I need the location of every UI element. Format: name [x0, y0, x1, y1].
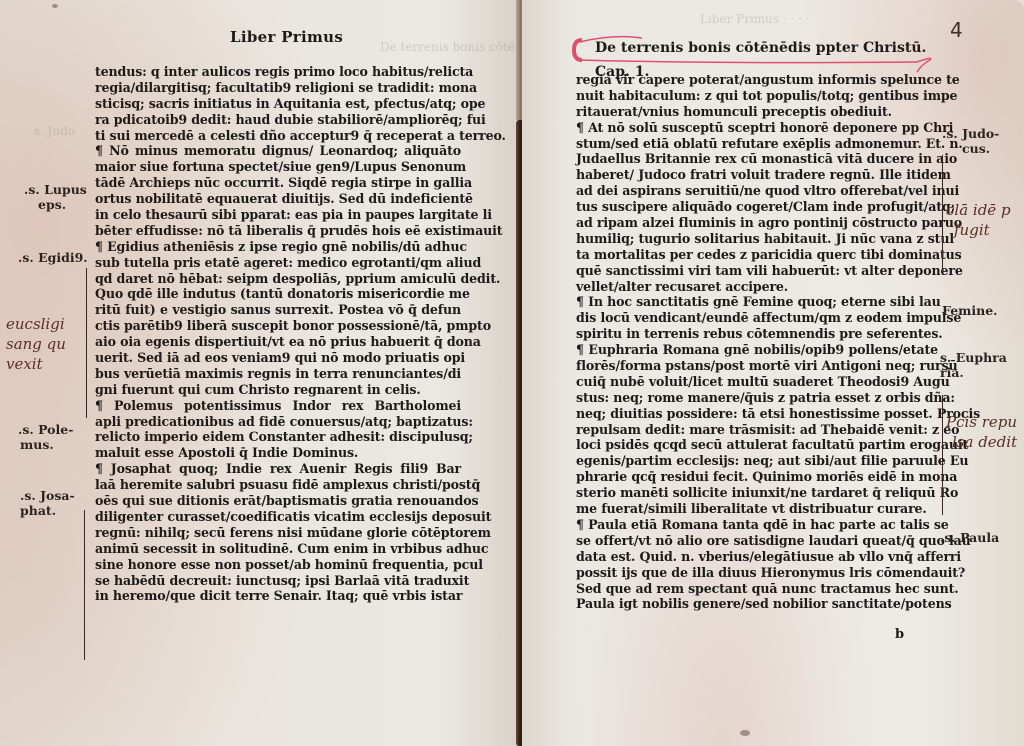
handwritten-note-euphraria: Pcis repu lsa dedit: [946, 412, 1017, 452]
manuscript-bracket-icon: [942, 395, 949, 515]
text-line: maluit esse Apostoli q̄ Indie Dominus.: [95, 445, 461, 461]
text-line: quē sanctissimi viri tam vili habuerūt: …: [576, 263, 938, 279]
text-line: se habēdū decreuit: iunctusq; ipsi Barla…: [95, 573, 461, 589]
text-line: Judaellus Britannie rex cū monasticā vit…: [576, 151, 938, 167]
text-line: oēs qui sue ditionis erāt/baptismatis gr…: [95, 493, 461, 509]
text-line: regnū: nihilq; secū ferens nisi mūdane g…: [95, 525, 461, 541]
text-line: vellet/alter recusaret accipere.: [576, 279, 938, 295]
show-through-note: .s. Judo: [30, 124, 75, 138]
margin-note-femine: Femine.: [942, 303, 998, 318]
margin-note-lupus: .s. Lupus eps.: [24, 182, 87, 212]
text-line: sterio manēti sollicite iniunxit/ne tard…: [576, 485, 938, 501]
text-line: florēs/forma pstans/post mortē viri Anti…: [576, 358, 938, 374]
text-line: stus: neq; rome manere/q̄uis z patria es…: [576, 390, 938, 406]
text-line: stum/sed etiā oblatū refutare exēplis ad…: [576, 136, 938, 152]
text-line: sub tutella pris etatē ageret: medico eg…: [95, 255, 461, 271]
text-line: ¶ In hoc sanctitatis gnē Femine quoq; et…: [576, 294, 938, 310]
text-line: ctis parētib9 liberā suscepit bonor poss…: [95, 318, 461, 334]
text-line: repulsam dedit: mare trāsmisit: ad Theba…: [576, 422, 938, 438]
running-head: Liber Primus: [230, 28, 343, 46]
text-line: gni fuerunt qui cum Christo regnarent in…: [95, 382, 461, 398]
text-line: tus suscipere aliquādo cogeret/Clam inde…: [576, 199, 938, 215]
text-line: ¶ Polemus potentissimus Indor rex Bartho…: [95, 398, 461, 414]
ink-spot: [740, 730, 750, 736]
text-line: me fuerat/simili liberalitate vt distrib…: [576, 501, 938, 517]
manuscript-bracket-icon: [84, 510, 91, 660]
text-line: spiritu in terrenis rebus cōtemnendis pr…: [576, 326, 938, 342]
text-line: tendus: q inter aulicos regis primo loco…: [95, 64, 461, 80]
ink-spot: [52, 4, 58, 8]
text-line: sine honore esse non posset/ab hominū fr…: [95, 557, 461, 573]
text-line: ¶ Egidius atheniēsis z ipse regio gnē no…: [95, 239, 461, 255]
text-line: Sed que ad rem spectant quā nunc tractam…: [576, 581, 938, 597]
text-line: Paula igt nobilis genere/sed nobilior sa…: [576, 596, 938, 612]
text-line: ti sui mercedē a celesti dño acceptur9 q…: [95, 128, 461, 144]
text-line: Quo qdē ille indutus (tantū donatoris mi…: [95, 286, 461, 302]
text-line: ritauerat/vnius homunculi preceptis obed…: [576, 104, 938, 120]
text-line: egenis/partim ecclesijs: neq; aut sibi/a…: [576, 453, 938, 469]
text-line: ortus nobilitatē equauerat diuitijs. Sed…: [95, 191, 461, 207]
text-line: phrarie qcq̄ residui fecit. Quinimo mori…: [576, 469, 938, 485]
signature-mark: b: [895, 627, 904, 642]
text-line: dis locū vendicant/eundē affectum/qm z e…: [576, 310, 938, 326]
text-line: humiliq; tugurio solitarius habitauit. J…: [576, 231, 938, 247]
text-line: nuit habitaculum: z qui tot populis/totq…: [576, 88, 938, 104]
margin-note-judocus: .s. Judo- cus.: [942, 126, 999, 156]
text-line: bēter effudisse: nō tā liberalis q̄ prud…: [95, 223, 461, 239]
margin-note-polemus: .s. Pole- mus.: [18, 422, 73, 452]
text-line: data est. Quid. n. vberius/elegātiusue a…: [576, 549, 938, 565]
text-line: possit ijs que de illa diuus Hieronymus …: [576, 565, 938, 581]
text-line: ritū fuit) e vestigio sanus surrexit. Po…: [95, 302, 461, 318]
text-line: aio oia egenis dispertiuit/vt ea nō priu…: [95, 334, 461, 350]
text-line: ¶ Josaphat quoq; Indie rex Auenir Regis …: [95, 461, 461, 477]
margin-note-josaphat: .s. Josa- phat.: [20, 488, 75, 518]
text-line: bus verūetiā maximis regnis in terra ren…: [95, 366, 461, 382]
text-line: sticisq; sacris initiatus in Aquitania e…: [95, 96, 461, 112]
text-line: maior siue fortuna spectet/siue gen9/Lup…: [95, 159, 461, 175]
text-line: tādē Archieps nūc occurrit. Siqdē regia …: [95, 175, 461, 191]
folio-number: 4: [950, 18, 963, 42]
text-line: ¶ Paula etiā Romana tanta qdē in hac par…: [576, 517, 938, 533]
text-line: ¶ Euphraria Romana gnē nobilis/opib9 pol…: [576, 342, 938, 358]
text-line: se offert/vt nō alio ore satisdigne laud…: [576, 533, 938, 549]
text-line: ad ripam alzei fluminis in agro pontinij…: [576, 215, 938, 231]
manuscript-bracket-icon: [942, 155, 949, 275]
text-line: qd daret nō hēbat: seipm despoliās, ppri…: [95, 271, 461, 287]
text-line: ¶ At nō solū susceptū sceptri honorē dep…: [576, 120, 938, 136]
text-line: ta mortalitas per cedes z paricidia quer…: [576, 247, 938, 263]
right-text-block: regia vir capere poterat/angustum inform…: [576, 72, 938, 612]
chapter-title: De terrenis bonis cōtēnēdis ppter Christ…: [575, 36, 935, 62]
text-line: regia vir capere poterat/angustum inform…: [576, 72, 938, 88]
margin-note-euphraria: s. Euphra ria.: [940, 350, 1007, 380]
left-text-block: tendus: q inter aulicos regis primo loco…: [95, 64, 461, 604]
text-line: neq; diuitias possidere: tā etsi honesti…: [576, 406, 938, 422]
text-line: ra pdicatoib9 dedit: haud dubie stabilio…: [95, 112, 461, 128]
text-line: laā heremite salubri psuasu fidē amplexu…: [95, 477, 461, 493]
text-line: in heremo/que dicit terre Senair. Itaq; …: [95, 588, 461, 604]
text-line: uerit. Sed iā ad eos veniam9 qui nō modo…: [95, 350, 461, 366]
text-line: in celo thesaurū sibi pparat: eas pia in…: [95, 207, 461, 223]
text-line: loci psidēs qcqd secū attulerat facultat…: [576, 437, 938, 453]
text-line: cuiq̄ nubē voluit/licet multū suaderet T…: [576, 374, 938, 390]
text-line: haberet/ Judoco fratri voluit tradere re…: [576, 167, 938, 183]
margin-note-egidius: .s. Egidi9.: [18, 250, 88, 265]
text-line: relicto imperio eidem Constanter adhesit…: [95, 429, 461, 445]
manuscript-bracket-icon: [86, 268, 93, 418]
margin-note-paula: .s. Paula: [940, 530, 999, 545]
left-page: De terrenis bonis cōtēnēdis. Cap. I. .s.…: [0, 0, 518, 746]
show-through-text: Liber Primus · · · ·: [700, 12, 810, 26]
text-line: regia/dilargitisq; facultatib9 religioni…: [95, 80, 461, 96]
book-spread: De terrenis bonis cōtēnēdis. Cap. I. .s.…: [0, 0, 1024, 746]
text-line: apli predicationibus ad fidē conuersus/a…: [95, 414, 461, 430]
text-line: animū secessit in solitudinē. Cum enim i…: [95, 541, 461, 557]
text-line: ¶ Nō minus memoratu dignus/ Leonardoq; a…: [95, 143, 461, 159]
handwritten-note-judocus: clā idē p fugit: [946, 200, 1011, 240]
handwritten-note-egidius: eucsligi sang qu vexit: [6, 314, 66, 374]
text-line: ad dei aspirans seruitiū/ne quod vltro o…: [576, 183, 938, 199]
text-line: diligenter curasset/coedificatis vicatim…: [95, 509, 461, 525]
